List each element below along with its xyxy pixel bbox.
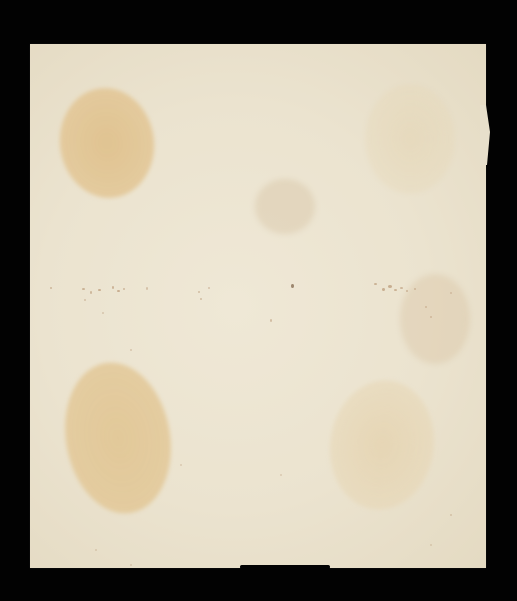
paper-sheet: [30, 44, 486, 568]
speck-cluster-center: [255, 179, 315, 234]
paper-bottom-dent: [240, 565, 330, 569]
stain-top-left: [53, 82, 161, 204]
speck-cluster-right: [400, 274, 470, 364]
paper-edge-notch: [480, 105, 490, 165]
stain-bottom-left: [54, 354, 183, 522]
photo-background: [0, 0, 517, 601]
stain-top-right: [365, 84, 455, 194]
stain-bottom-right: [321, 373, 442, 516]
